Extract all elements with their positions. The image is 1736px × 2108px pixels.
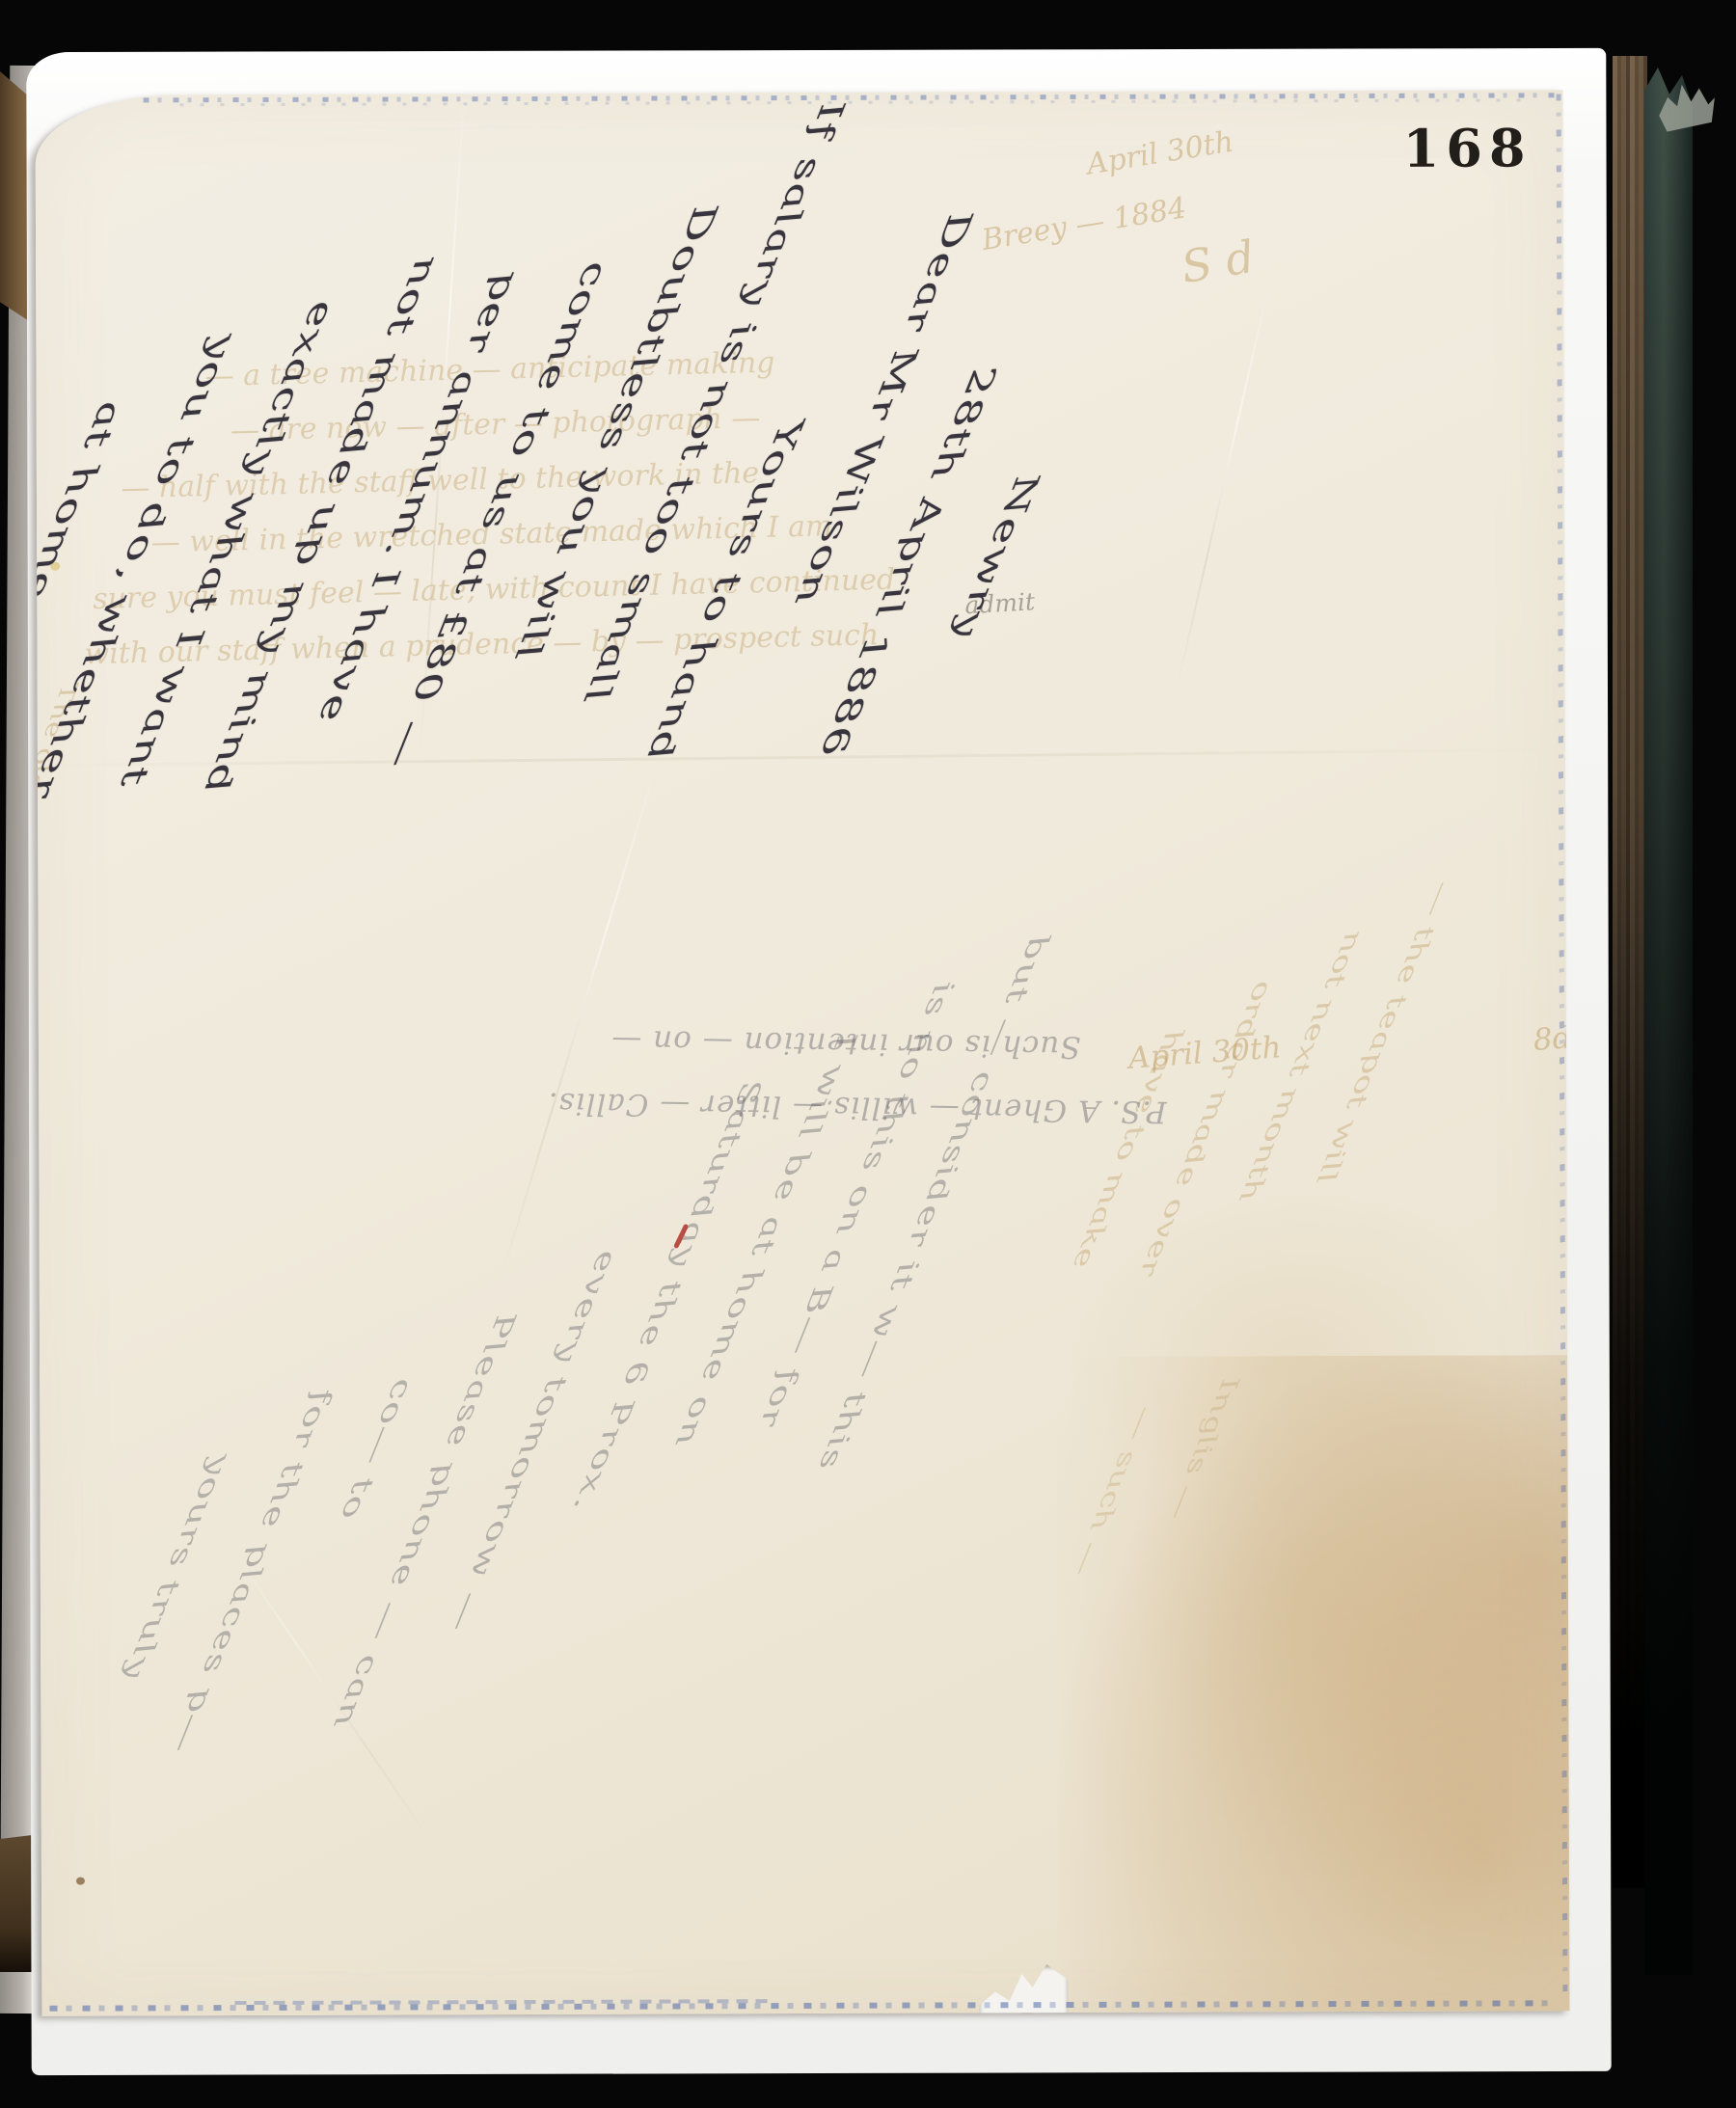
scanned-page-photo: April 30th Breey — 1884 S d — a tree mac… [0, 0, 1736, 2108]
book-cover-edge [1644, 56, 1693, 1975]
page-tear-bottom [979, 1964, 1068, 2016]
book-page-block-edge [1613, 56, 1647, 1888]
page-number: 168 [1403, 117, 1533, 178]
crease-line [1175, 289, 1268, 694]
tissue-page: April 30th Breey — 1884 S d — a tree mac… [36, 90, 1570, 2016]
